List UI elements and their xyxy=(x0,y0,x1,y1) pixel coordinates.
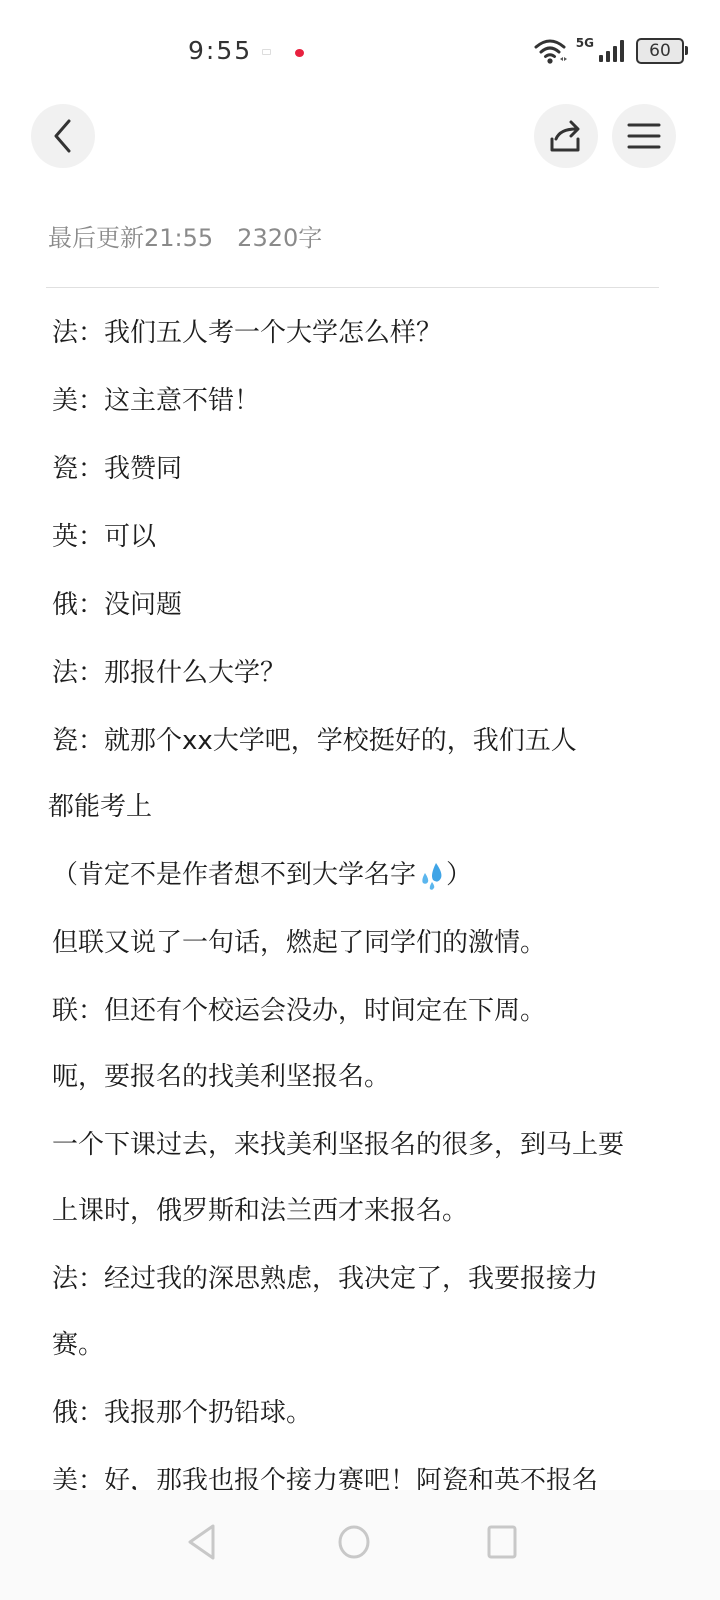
nav-recents-button[interactable] xyxy=(472,1512,532,1572)
paragraph: 俄：没问题 xyxy=(48,572,648,638)
wifi-icon xyxy=(534,38,568,64)
paragraph-line: 呃，要报名的找美利坚报名。 xyxy=(48,1062,390,1092)
notification-icon xyxy=(262,49,271,55)
paragraph: 但联又说了一句话，燃起了同学们的激情。 xyxy=(48,910,648,976)
nav-home-button[interactable] xyxy=(324,1512,384,1572)
paragraph: 俄：我报那个扔铅球。 xyxy=(48,1380,648,1446)
battery-icon: 60 xyxy=(636,38,684,64)
nav-back-button[interactable] xyxy=(172,1512,232,1572)
hamburger-menu-icon xyxy=(627,121,661,151)
paragraph: 瓷：我赞同 xyxy=(48,436,648,502)
nav-recents-icon xyxy=(485,1523,519,1561)
paragraph-line: 瓷：就那个xx大学吧，学校挺好的，我们五人 xyxy=(48,726,577,756)
network-type: 5G xyxy=(576,36,594,50)
nav-home-icon xyxy=(336,1523,372,1561)
recording-dot-icon xyxy=(295,49,304,57)
divider xyxy=(46,287,659,288)
article-meta: 最后更新21:552320字 xyxy=(48,218,322,253)
last-updated: 最后更新21:55 xyxy=(48,224,213,252)
share-icon xyxy=(548,118,584,154)
paragraph-line: 法：经过我的深思熟虑，我决定了，我要报接力 xyxy=(48,1264,598,1294)
paragraph: 法：我们五人考一个大学怎么样？ xyxy=(48,300,648,366)
paragraph: 美：这主意不错！ xyxy=(48,368,648,434)
battery-level: 60 xyxy=(649,41,671,61)
paragraph: 瓷：就那个xx大学吧，学校挺好的，我们五人 都能考上 xyxy=(48,708,648,840)
paragraph-text-tail: ） xyxy=(446,860,472,890)
paragraph: （肯定不是作者想不到大学名字 ） xyxy=(48,842,648,908)
share-button[interactable] xyxy=(534,104,598,168)
chevron-left-icon xyxy=(48,118,78,154)
status-time: 9:55 xyxy=(188,36,252,65)
paragraph: 一个下课过去，来找美利坚报名的很多，到马上要 上课时，俄罗斯和法兰西才来报名。 xyxy=(48,1112,648,1244)
sweat-droplets-icon xyxy=(416,861,446,891)
status-bar: 9:55 5G 60 xyxy=(0,0,720,100)
nav-back-icon xyxy=(185,1523,219,1561)
paragraph-line: 联：但还有个校运会没办，时间定在下周。 xyxy=(48,996,546,1026)
word-count: 2320字 xyxy=(237,224,322,252)
paragraph-line: 一个下课过去，来找美利坚报名的很多，到马上要 xyxy=(48,1130,624,1160)
back-button[interactable] xyxy=(31,104,95,168)
article-body: 法：我们五人考一个大学怎么样？ 美：这主意不错！ 瓷：我赞同 英：可以 俄：没问… xyxy=(48,300,648,1582)
paragraph-line: 都能考上 xyxy=(48,792,152,822)
system-nav-bar xyxy=(0,1490,720,1600)
paragraph: 法：经过我的深思熟虑，我决定了，我要报接力 赛。 xyxy=(48,1246,648,1378)
paragraph: 联：但还有个校运会没办，时间定在下周。 呃，要报名的找美利坚报名。 xyxy=(48,978,648,1110)
paragraph-line: 上课时，俄罗斯和法兰西才来报名。 xyxy=(48,1196,468,1226)
paragraph-text: （肯定不是作者想不到大学名字 xyxy=(52,860,416,890)
status-icons: 5G 60 xyxy=(534,38,684,64)
signal-5g-icon xyxy=(598,39,628,63)
menu-button[interactable] xyxy=(612,104,676,168)
paragraph: 法：那报什么大学？ xyxy=(48,640,648,706)
paragraph-line: 赛。 xyxy=(48,1330,104,1360)
paragraph: 英：可以 xyxy=(48,504,648,570)
